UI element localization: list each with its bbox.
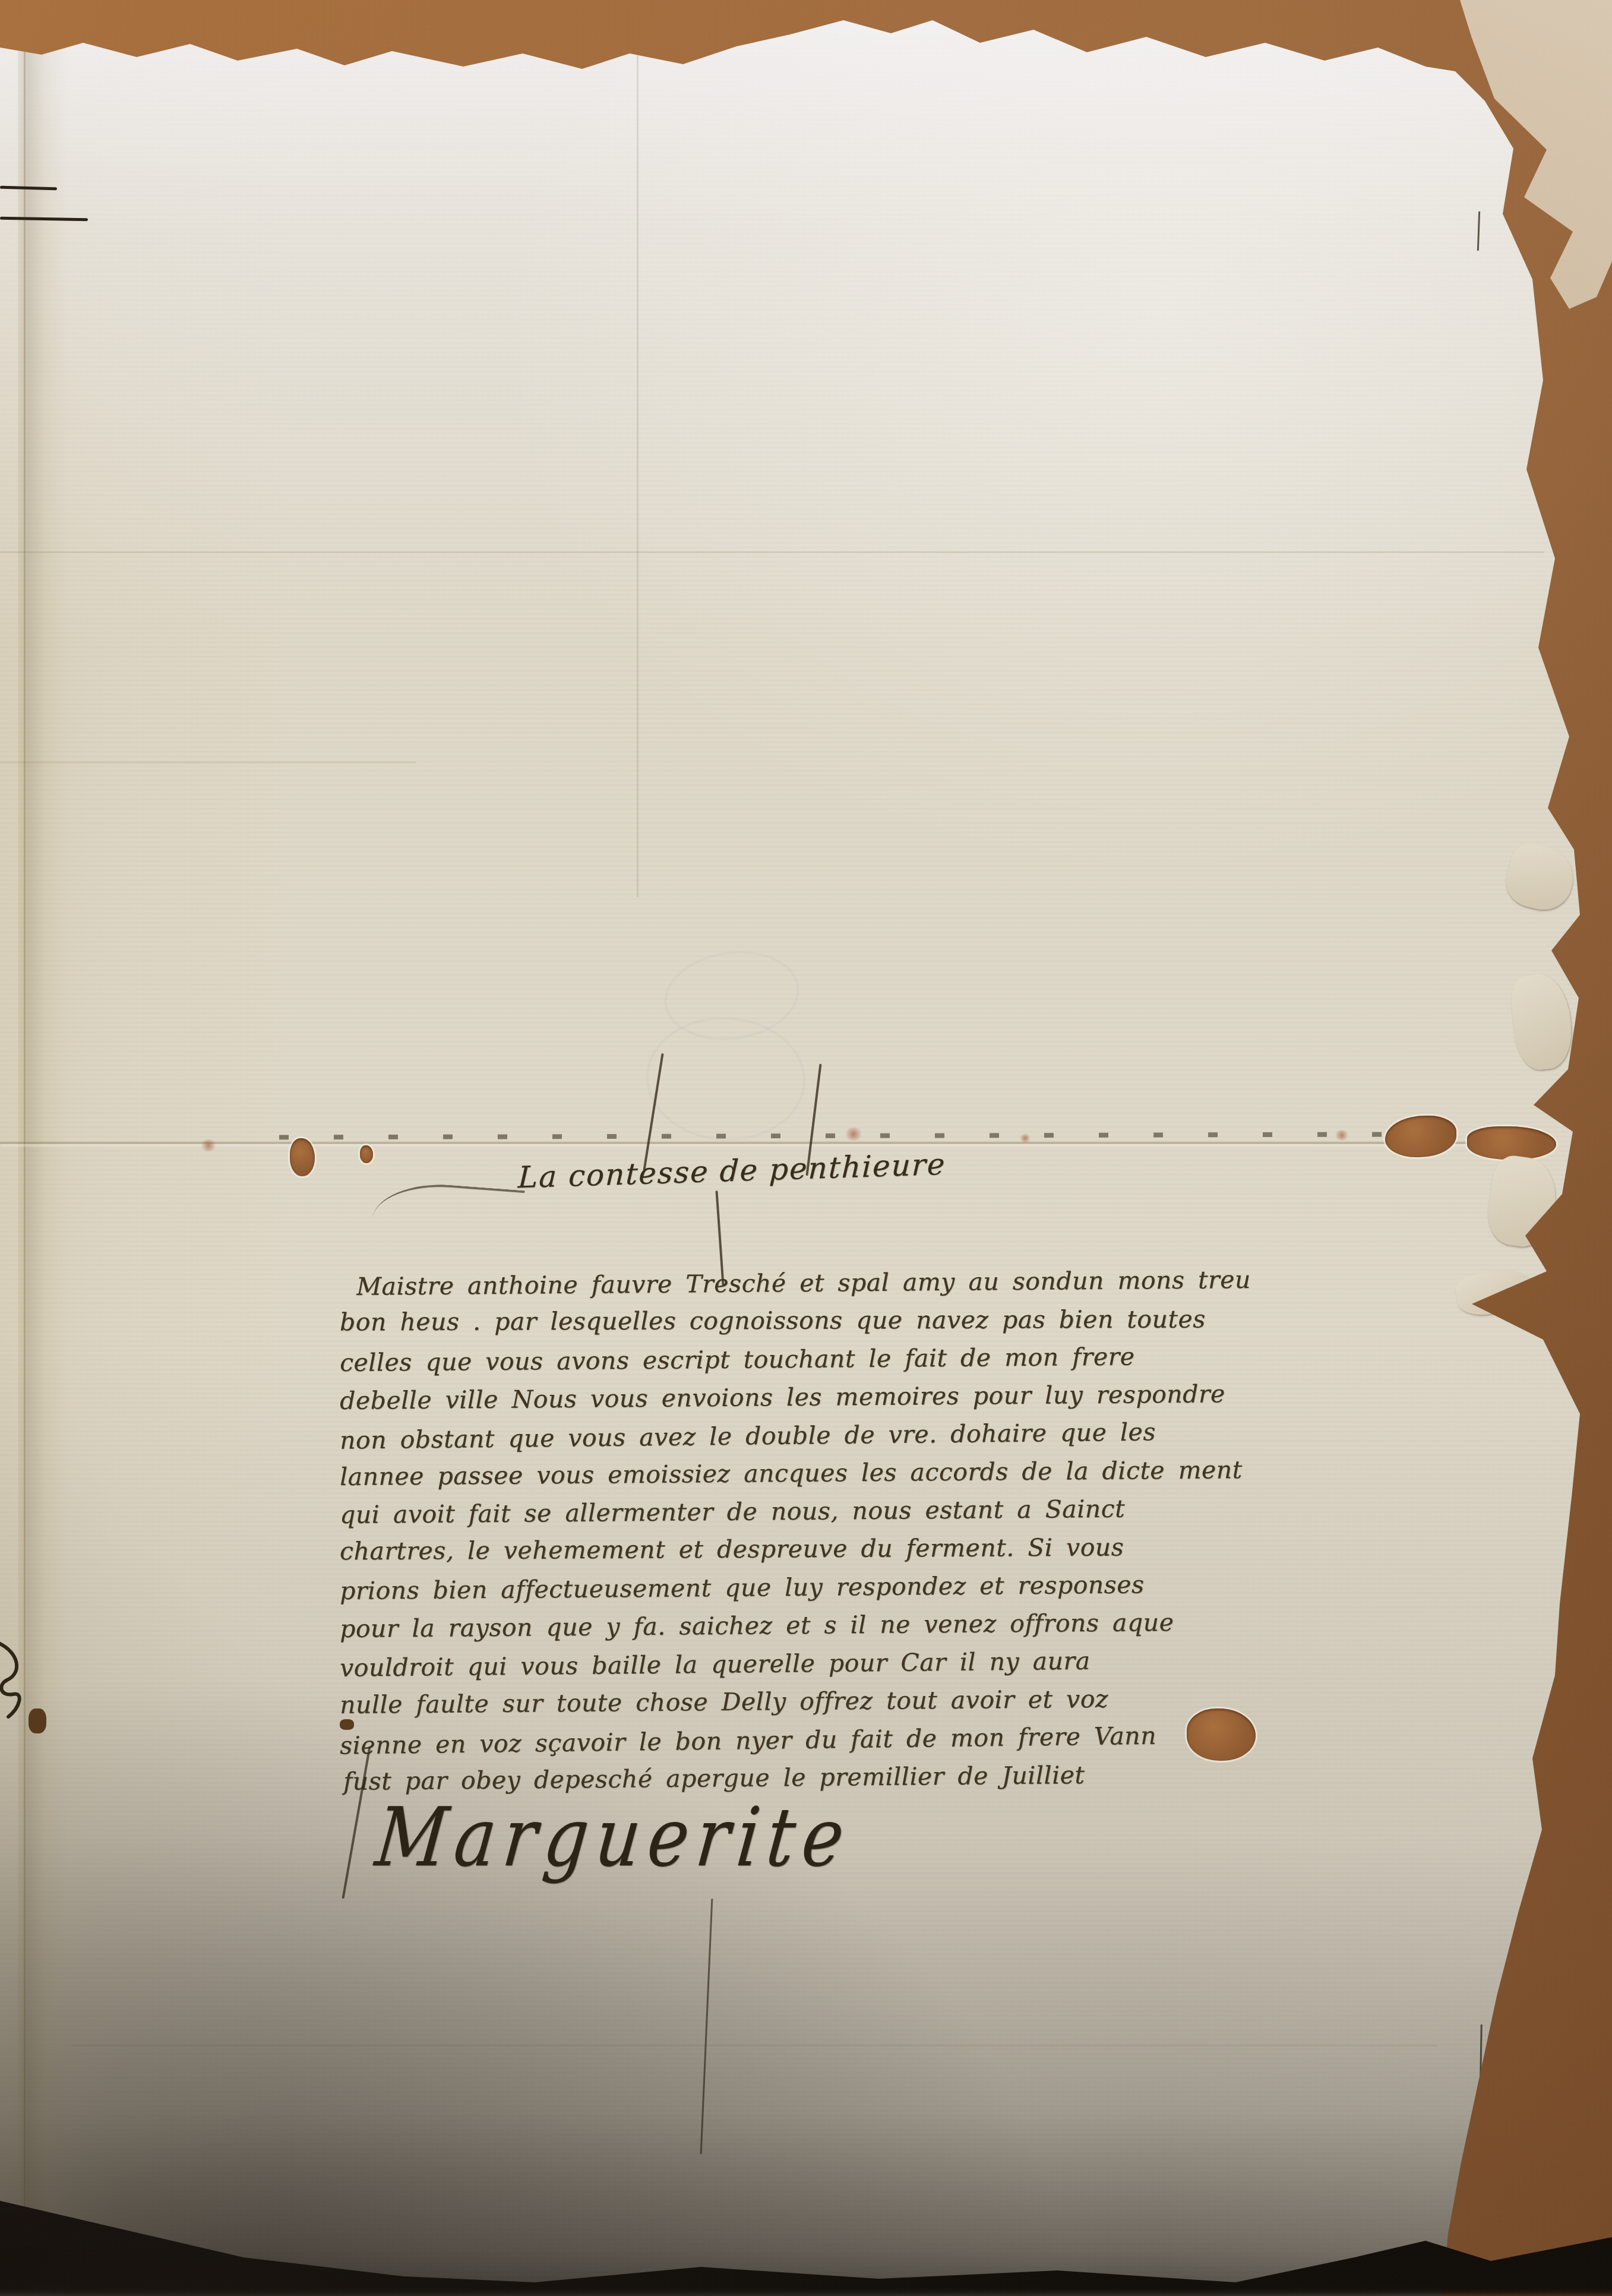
torn-edge-flap bbox=[1509, 971, 1575, 1072]
tear-hole bbox=[360, 1145, 373, 1163]
manuscript-line: bon heus . par lesquelles cognoissons qu… bbox=[340, 1299, 1551, 1341]
horizontal-fold-crease bbox=[0, 551, 1544, 553]
ink-tick-mark bbox=[1477, 211, 1480, 251]
letter-sheet: La contesse de penthieure Maistre anthoi… bbox=[0, 0, 1612, 2296]
vertical-fold-crease bbox=[637, 36, 639, 897]
torn-edge-flap bbox=[1501, 839, 1579, 915]
tear-hole bbox=[290, 1138, 315, 1176]
letter-body: Maistre anthoine fauvre Tresché et spal … bbox=[340, 1263, 1551, 1815]
rust-stain bbox=[200, 1139, 217, 1151]
tear-hole bbox=[1467, 1126, 1556, 1160]
tear-hole bbox=[1385, 1116, 1456, 1157]
manuscript-photo: La contesse de penthieure Maistre anthoi… bbox=[0, 0, 1612, 2296]
watermark bbox=[622, 946, 860, 1148]
rust-stain bbox=[1019, 1133, 1031, 1143]
horizontal-fold-crease bbox=[71, 2045, 1437, 2046]
signature-descender-stroke bbox=[700, 1899, 713, 2154]
ink-tick-mark bbox=[1480, 2025, 1483, 2077]
horizontal-fold-crease bbox=[0, 762, 416, 763]
margin-ink-flourish bbox=[0, 1637, 32, 1720]
signature: Marguerite bbox=[372, 1790, 856, 1885]
vertical-fold-crease bbox=[18, 42, 68, 2296]
manuscript-line: Maistre anthoine fauvre Tresché et spal … bbox=[340, 1258, 1551, 1306]
rust-stain bbox=[1334, 1130, 1349, 1141]
torn-edge-flap bbox=[1484, 1153, 1561, 1250]
address-heading: La contesse de penthieure bbox=[517, 1147, 946, 1195]
